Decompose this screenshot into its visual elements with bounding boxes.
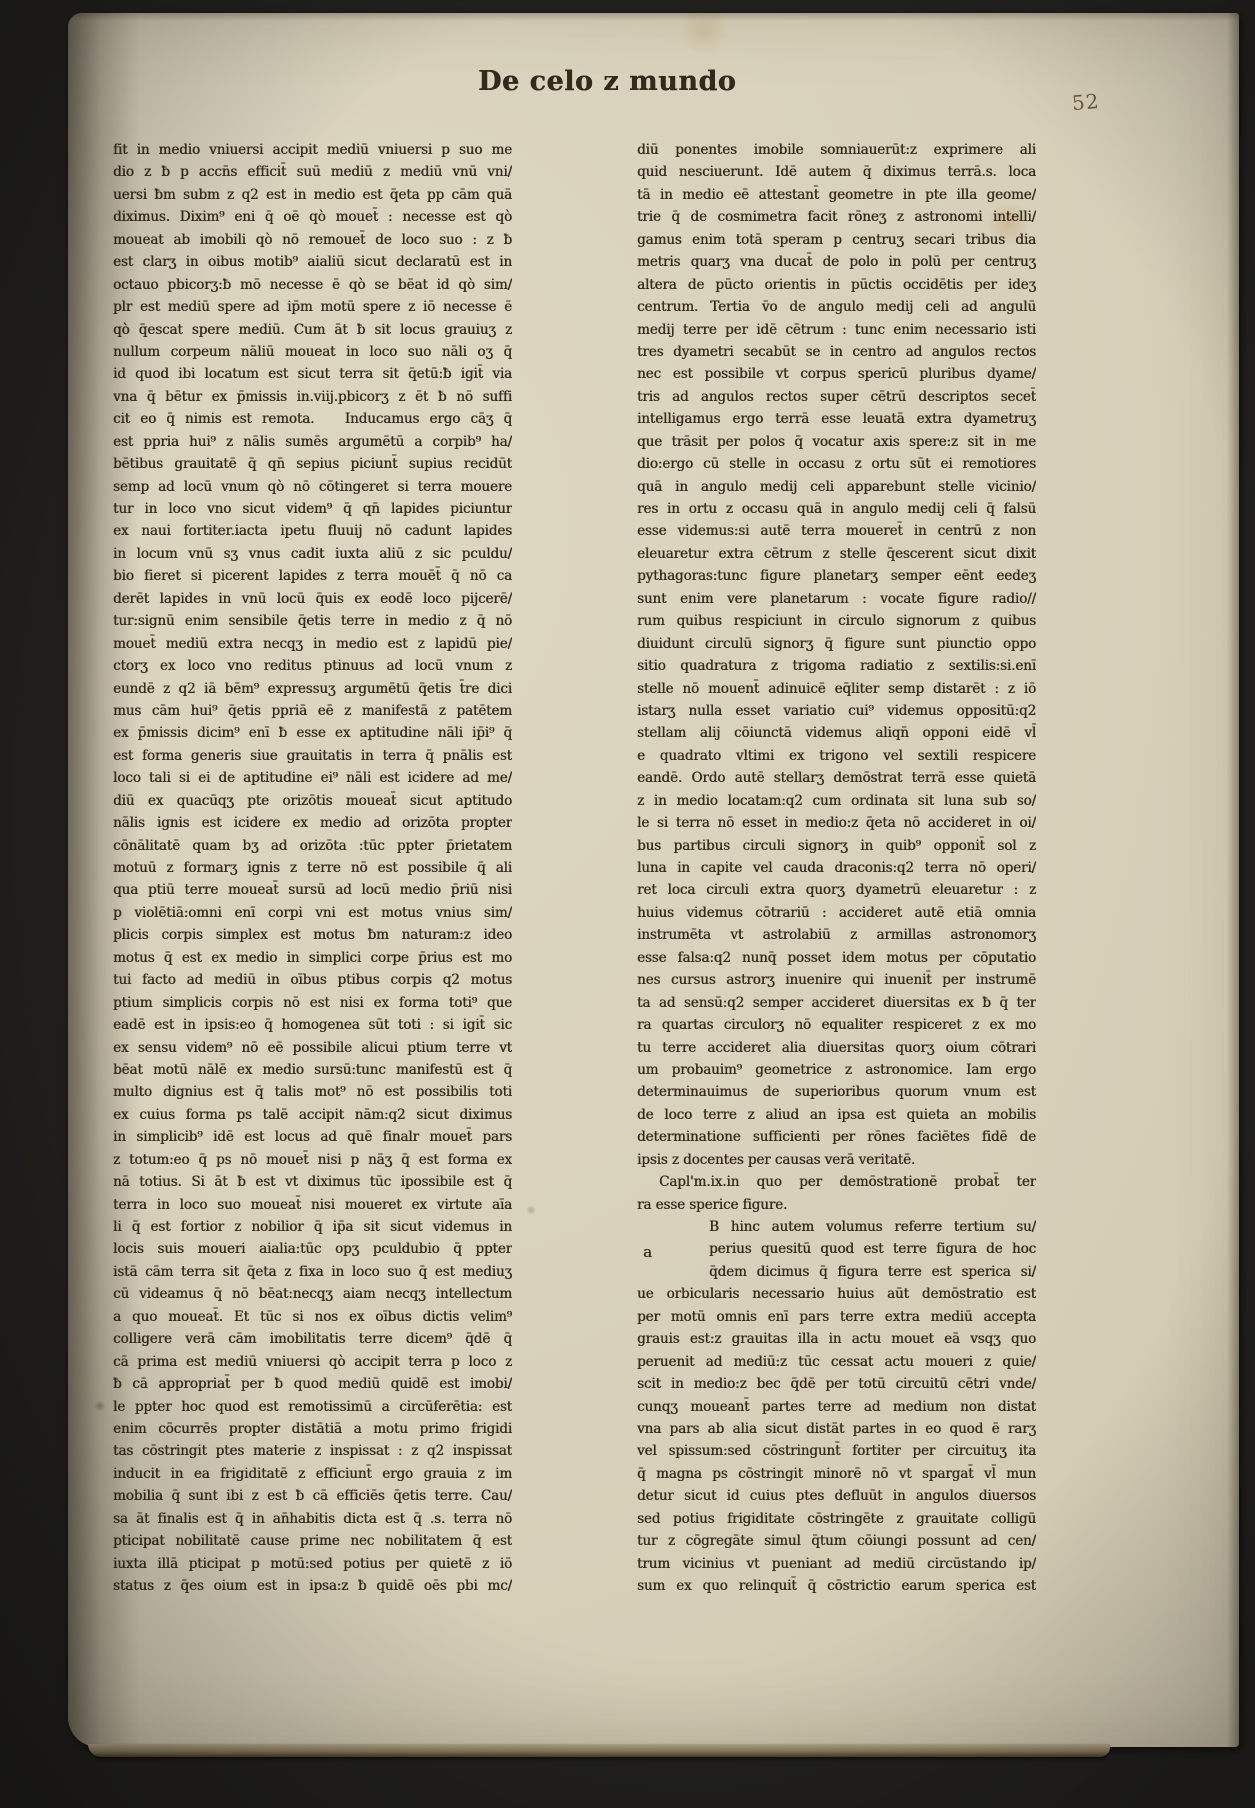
text-line: nullum corpeum nāliū moueat in loco suo … bbox=[113, 341, 512, 363]
text-line: istarʒ nulla esset variatio cui⁹ videmus… bbox=[637, 700, 1036, 722]
text-line: bio fieret si picerent lapides z terra m… bbox=[113, 565, 512, 587]
text-line: per motū omnis enī pars terre extra medi… bbox=[637, 1306, 1036, 1328]
text-line: pticipat nobilitatē cause prime nec nobi… bbox=[113, 1530, 512, 1552]
text-line: li q̄ est fortior z nobilior q̄ ip̄a sit… bbox=[113, 1216, 512, 1238]
text-line: mus cām hui⁹ q̄etis ppriā eē z manifestā… bbox=[113, 700, 512, 722]
text-line: esse falsa:q2 nunq̄ posset idem motus pe… bbox=[637, 947, 1036, 969]
text-line: ex cuius forma ps talē accipit nām:q2 si… bbox=[113, 1104, 512, 1126]
text-line: diū ponentes imobile somniauerūt:z expri… bbox=[637, 139, 1036, 161]
text-line: vna pars ab alia sicut distāt partes in … bbox=[637, 1418, 1036, 1440]
text-line: nec est possibile vt corpus spericū plur… bbox=[637, 363, 1036, 385]
text-line: nes cursus astrorʒ inuenire qui inuenit̄… bbox=[637, 969, 1036, 991]
text-line: eleuaretur extra cētrum z stelle q̄escer… bbox=[637, 543, 1036, 565]
text-line: peruenit ad mediū:z tūc cessat actu moue… bbox=[637, 1351, 1036, 1373]
text-line: locis suis moueri aialia:tūc opʒ pculdub… bbox=[113, 1238, 512, 1260]
text-line: ue orbicularis necessario huius aūt demō… bbox=[637, 1283, 1036, 1305]
text-line: vna q̄ bētur ex p̄missis in.viij.pbicorʒ… bbox=[113, 386, 512, 408]
text-line: diximus. Dixim⁹ eni q̄ oē qò mouet̄ : ne… bbox=[113, 206, 512, 228]
text-line: plicis corpis simplex est motus ƀm natur… bbox=[113, 924, 512, 946]
text-line: ra esse sperice figure. bbox=[637, 1194, 1036, 1216]
text-line: diuidunt circulū signorʒ q̄ figure sunt … bbox=[637, 633, 1036, 655]
text-line: tu terre accideret alia diuersitas quorʒ… bbox=[637, 1037, 1036, 1059]
text-line: plr est mediū spere ad ip̄m motū spere z… bbox=[113, 296, 512, 318]
text-line: derēt lapides in vnū locū q̄uis ex eodē … bbox=[113, 588, 512, 610]
text-line: stellam alij cōiunctā videmus aliqn̄ opp… bbox=[637, 722, 1036, 744]
text-line: altera de pūcto orientis in pūctis occid… bbox=[637, 274, 1036, 296]
text-line: cū videamus q̄ nō bēat:necqʒ aiam necqʒ … bbox=[113, 1283, 512, 1305]
text-line: perius quesitū quod est terre figura de … bbox=[637, 1238, 1036, 1260]
text-line: uersi ƀm subm z q2 est in medio est q̄et… bbox=[113, 184, 512, 206]
text-line: ra quartas circulorʒ nō equaliter respic… bbox=[637, 1014, 1036, 1036]
text-line: colligere verā cām imobilitatis terre di… bbox=[113, 1328, 512, 1350]
text-line: bēat motū nālē ex medio sursū:tunc manif… bbox=[113, 1059, 512, 1081]
text-line: sitio quadratura z trigoma radiatio z se… bbox=[637, 655, 1036, 677]
text-line: moueat ab imobili qò nō remouet̄ de loco… bbox=[113, 229, 512, 251]
marginal-guide-letter: a bbox=[643, 1245, 652, 1260]
text-line: dio:ergo cū stelle in occasu z ortu sūt … bbox=[637, 453, 1036, 475]
text-line: esse videmus:si autē terra moueret̄ in c… bbox=[637, 520, 1036, 542]
text-line: ex sensu videm⁹ nō eē possibile alicui p… bbox=[113, 1037, 512, 1059]
text-line: huius videmus cōtrariū : accideret autē … bbox=[637, 902, 1036, 924]
text-line: p violētiā:omni enī corpi vni est motus … bbox=[113, 902, 512, 924]
text-line: diū ex quacūqʒ pte orizōtis moueat̄ sicu… bbox=[113, 790, 512, 812]
text-line: ƀ cā appropriat̄ per ƀ quod mediū quidē … bbox=[113, 1373, 512, 1395]
text-line: nā totius. Si āt ƀ est vt diximus tūc ip… bbox=[113, 1171, 512, 1193]
text-line: cunqʒ moueant̄ partes terre ad medium no… bbox=[637, 1396, 1036, 1418]
text-line: scit in medio:z bec q̄dē per totū circui… bbox=[637, 1373, 1036, 1395]
text-line: Capl'm.ix.in quo per demōstrationē proba… bbox=[637, 1171, 1036, 1193]
text-line: ctorʒ ex loco vno reditus ptinuus ad loc… bbox=[113, 655, 512, 677]
text-line: le ppter hoc quod est remotissimū a circ… bbox=[113, 1396, 512, 1418]
text-line: istā cām terra sit q̄eta z fixa in loco … bbox=[113, 1261, 512, 1283]
text-line: semp ad locū vnum qò nō cōtingeret si te… bbox=[113, 476, 512, 498]
text-line: rum quibus respiciunt in circulo signoru… bbox=[637, 610, 1036, 632]
text-line: in simplicib⁹ idē est locus ad quē final… bbox=[113, 1126, 512, 1148]
text-line: e quadrato vltimi ex trigono vel sextili… bbox=[637, 745, 1036, 767]
text-line: grauis est:z grauitas illa in actu mouet… bbox=[637, 1328, 1036, 1350]
text-line: ta ad sensū:q2 semper accideret diuersit… bbox=[637, 992, 1036, 1014]
text-line: tur z cōgregāte simul q̄tum cōiungi poss… bbox=[637, 1530, 1036, 1552]
folio-number: 52 bbox=[1071, 89, 1100, 115]
text-line: sunt enim vere planetarum : vocate figur… bbox=[637, 588, 1036, 610]
text-line: ret loca circuli extra quorʒ dyametrū el… bbox=[637, 879, 1036, 901]
text-line: tres dyametri secabūt se in centro ad an… bbox=[637, 341, 1036, 363]
text-line: tris ad angulos rectos super cētrū descr… bbox=[637, 386, 1036, 408]
text-line: determinauimus de superioribus quorum vn… bbox=[637, 1081, 1036, 1103]
text-line: status z q̄es oium est in ipsa:z ƀ quidē… bbox=[113, 1575, 512, 1597]
text-line: z in medio locatam:q2 cum ordinata sit l… bbox=[637, 790, 1036, 812]
text-line: nālis ignis est icidere ex medio ad oriz… bbox=[113, 812, 512, 834]
text-line: dio z ƀ p accn̄s efficit̄ suū mediū z me… bbox=[113, 161, 512, 183]
text-line: multo dignius est q̄ talis mot⁹ nō est p… bbox=[113, 1081, 512, 1103]
text-line: res in ortu z occasu quā in angulo medij… bbox=[637, 498, 1036, 520]
text-line: vel spissum:sed cōstringunt̄ fortiter pe… bbox=[637, 1440, 1036, 1462]
text-line: est forma generis siue grauitatis in ter… bbox=[113, 745, 512, 767]
text-line: detur sicut id cuius ptes defluūt in ang… bbox=[637, 1485, 1036, 1507]
text-line: intelligamus ergo terrā esse leuatā extr… bbox=[637, 408, 1036, 430]
text-line: eundē z q2 iā bēm⁹ expressuʒ argumētū q̄… bbox=[113, 678, 512, 700]
text-line: tur:signū enim sensibile q̄etis terre in… bbox=[113, 610, 512, 632]
text-line: medij terre per idē cētrum : tunc enim n… bbox=[637, 319, 1036, 341]
text-line: bus partibus circuli signorʒ in quib⁹ op… bbox=[637, 835, 1036, 857]
text-line: ptium simplicis corpis nō est nisi ex fo… bbox=[113, 992, 512, 1014]
text-line: um probauim⁹ geometrice z astronomice. I… bbox=[637, 1059, 1036, 1081]
text-line: terra in loco suo moueat̄ nisi moueret e… bbox=[113, 1194, 512, 1216]
text-line: octauo pbicorʒ:ƀ mō necesse ē qò se bēat… bbox=[113, 274, 512, 296]
text-line: eadē est in ipsis:eo q̄ homogenea sūt to… bbox=[113, 1014, 512, 1036]
text-line: tur in loco vno sicut videm⁹ q̄ qn̄ lapi… bbox=[113, 498, 512, 520]
text-column-left: fit in medio vniuersi accipit mediū vniu… bbox=[113, 139, 512, 1597]
scanned-book-photo: { "page": { "header_title": "De celo z m… bbox=[0, 0, 1255, 1808]
text-line: luna in capite vel cauda draconis:q2 ter… bbox=[637, 857, 1036, 879]
text-line: in locum vnū sʒ vnus cadit iuxta aliū z … bbox=[113, 543, 512, 565]
text-line: trum vicinius vt pueniant ad mediū circū… bbox=[637, 1553, 1036, 1575]
text-line: est clarʒ in oibus motib⁹ aialiū sicut d… bbox=[113, 251, 512, 273]
text-line: B hinc autem volumus referre tertium su/ bbox=[637, 1216, 1036, 1238]
text-line: cā prima est mediū vniuersi qò accipit t… bbox=[113, 1351, 512, 1373]
page-top-edge-shade bbox=[68, 13, 1239, 21]
page-right-edge-shade bbox=[1227, 13, 1239, 1747]
text-line: enim cōcurrēs propter distātiā a motu pr… bbox=[113, 1418, 512, 1440]
text-line: trie q̄ de cosmimetra facit rōneʒ z astr… bbox=[637, 206, 1036, 228]
text-line: a quo moueat̄. Et tūc si nos ex oībus di… bbox=[113, 1306, 512, 1328]
text-line: stelle nō mouent̄ adinuicē eq̄liter semp… bbox=[637, 678, 1036, 700]
running-title: De celo z mundo bbox=[478, 66, 736, 97]
text-line: mouet̄ mediū extra necqʒ in medio est z … bbox=[113, 633, 512, 655]
text-line: q̄dem dicimus q̄ figura terre est speric… bbox=[637, 1261, 1036, 1283]
text-line: centrum. Tertia v̄o de angulo medij celi… bbox=[637, 296, 1036, 318]
text-line: motuū z formarʒ ignis z terre nō est pos… bbox=[113, 857, 512, 879]
text-line: metris quarʒ vna ducat̄ de polo in polū … bbox=[637, 251, 1036, 273]
text-line: quā in angulo medij celi apparebunt stel… bbox=[637, 476, 1036, 498]
text-line: tā in medio eē attestant̄ geometre in pt… bbox=[637, 184, 1036, 206]
text-line: z totum:eo q̄ ps nō mouet̄ nisi p nāʒ q̄… bbox=[113, 1149, 512, 1171]
text-column-right: a diū ponentes imobile somniauerūt:z exp… bbox=[637, 139, 1036, 1597]
text-line: qua ptiū terre moueat̄ sursū ad locū med… bbox=[113, 879, 512, 901]
text-line: tas cōstringit ptes materie z inspissat … bbox=[113, 1440, 512, 1462]
text-line: le si terra nō esset in medio:z q̄eta nō… bbox=[637, 812, 1036, 834]
text-line: eandē. Ordo autē stellarʒ demōstrat terr… bbox=[637, 767, 1036, 789]
text-line: fit in medio vniuersi accipit mediū vniu… bbox=[113, 139, 512, 161]
text-line: cōnālitatē quam bʒ ad orizōta :tūc ppter… bbox=[113, 835, 512, 857]
text-line: motus q̄ est ex medio in simplici corpe … bbox=[113, 947, 512, 969]
text-line: determinatione sufficienti per rōnes fac… bbox=[637, 1126, 1036, 1148]
text-line: quid nesciuerunt. Idē autem q̄ diximus t… bbox=[637, 161, 1036, 183]
text-line: gamus enim totā speram p centruʒ secari … bbox=[637, 229, 1036, 251]
text-line: loco tali si ei de aptitudine ei⁹ nāli e… bbox=[113, 767, 512, 789]
text-line: mobilia q̄ sunt ibi z est ƀ cā efficiēs … bbox=[113, 1485, 512, 1507]
text-line: pythagoras:tunc figure planetarʒ semper … bbox=[637, 565, 1036, 587]
text-line: qò q̄escat spere mediū. Cum āt ƀ sit loc… bbox=[113, 319, 512, 341]
text-line: que trāsit per polos q̄ vocatur axis spe… bbox=[637, 431, 1036, 453]
text-line: inducit in ea frigiditatē z efficiunt̄ e… bbox=[113, 1463, 512, 1485]
text-line: est ppria hui⁹ z nālis sumēs argumētū a … bbox=[113, 431, 512, 453]
text-line: iuxta illā pticipat p motū:sed potius pe… bbox=[113, 1553, 512, 1575]
text-line: sum ex quo relinquit̄ q̄ cōstrictio earu… bbox=[637, 1575, 1036, 1597]
text-line: tui facto ad mediū in oībus ptibus corpi… bbox=[113, 969, 512, 991]
text-line: de loco terre z aliud an ipsa est quieta… bbox=[637, 1104, 1036, 1126]
text-line: bētibus grauitatē q̄ qn̄ sepius piciunt̄… bbox=[113, 453, 512, 475]
text-line: instrumēta vt astrolabiū z armillas astr… bbox=[637, 924, 1036, 946]
underlying-leaf-edges bbox=[88, 1744, 1110, 1757]
text-line: ipsis z docentes per causas verā veritat… bbox=[637, 1149, 1036, 1171]
text-line: q̄ magna ps cōstringit minorē nō vt spar… bbox=[637, 1463, 1036, 1485]
text-line: sed potius frigiditate cōstringēte z gra… bbox=[637, 1508, 1036, 1530]
text-line: cit eo q̄ nimis est remota. Inducamus er… bbox=[113, 408, 512, 430]
text-line: sa āt finalis est q̄ in an̄habitis dicta… bbox=[113, 1508, 512, 1530]
text-line: id quod ibi locatum est sicut terra sit … bbox=[113, 363, 512, 385]
text-line: ex p̄missis dicim⁹ enī ƀ esse ex aptitud… bbox=[113, 722, 512, 744]
text-line: ex naui fortiter.iacta ipetu fluuij nō c… bbox=[113, 520, 512, 542]
